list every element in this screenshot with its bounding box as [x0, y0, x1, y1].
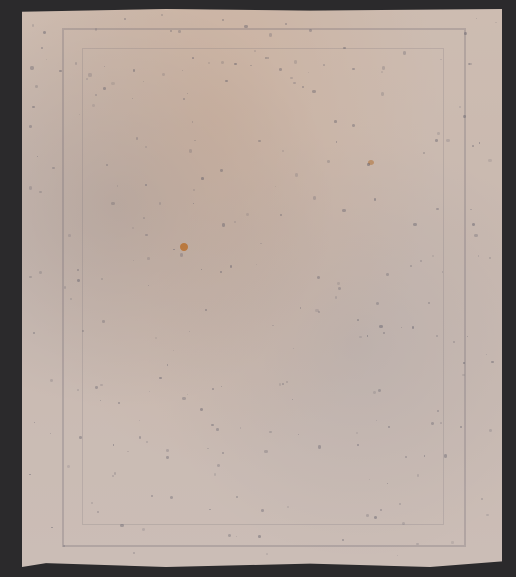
orange-stain [180, 243, 188, 251]
show-through-inner-frame [82, 48, 444, 525]
